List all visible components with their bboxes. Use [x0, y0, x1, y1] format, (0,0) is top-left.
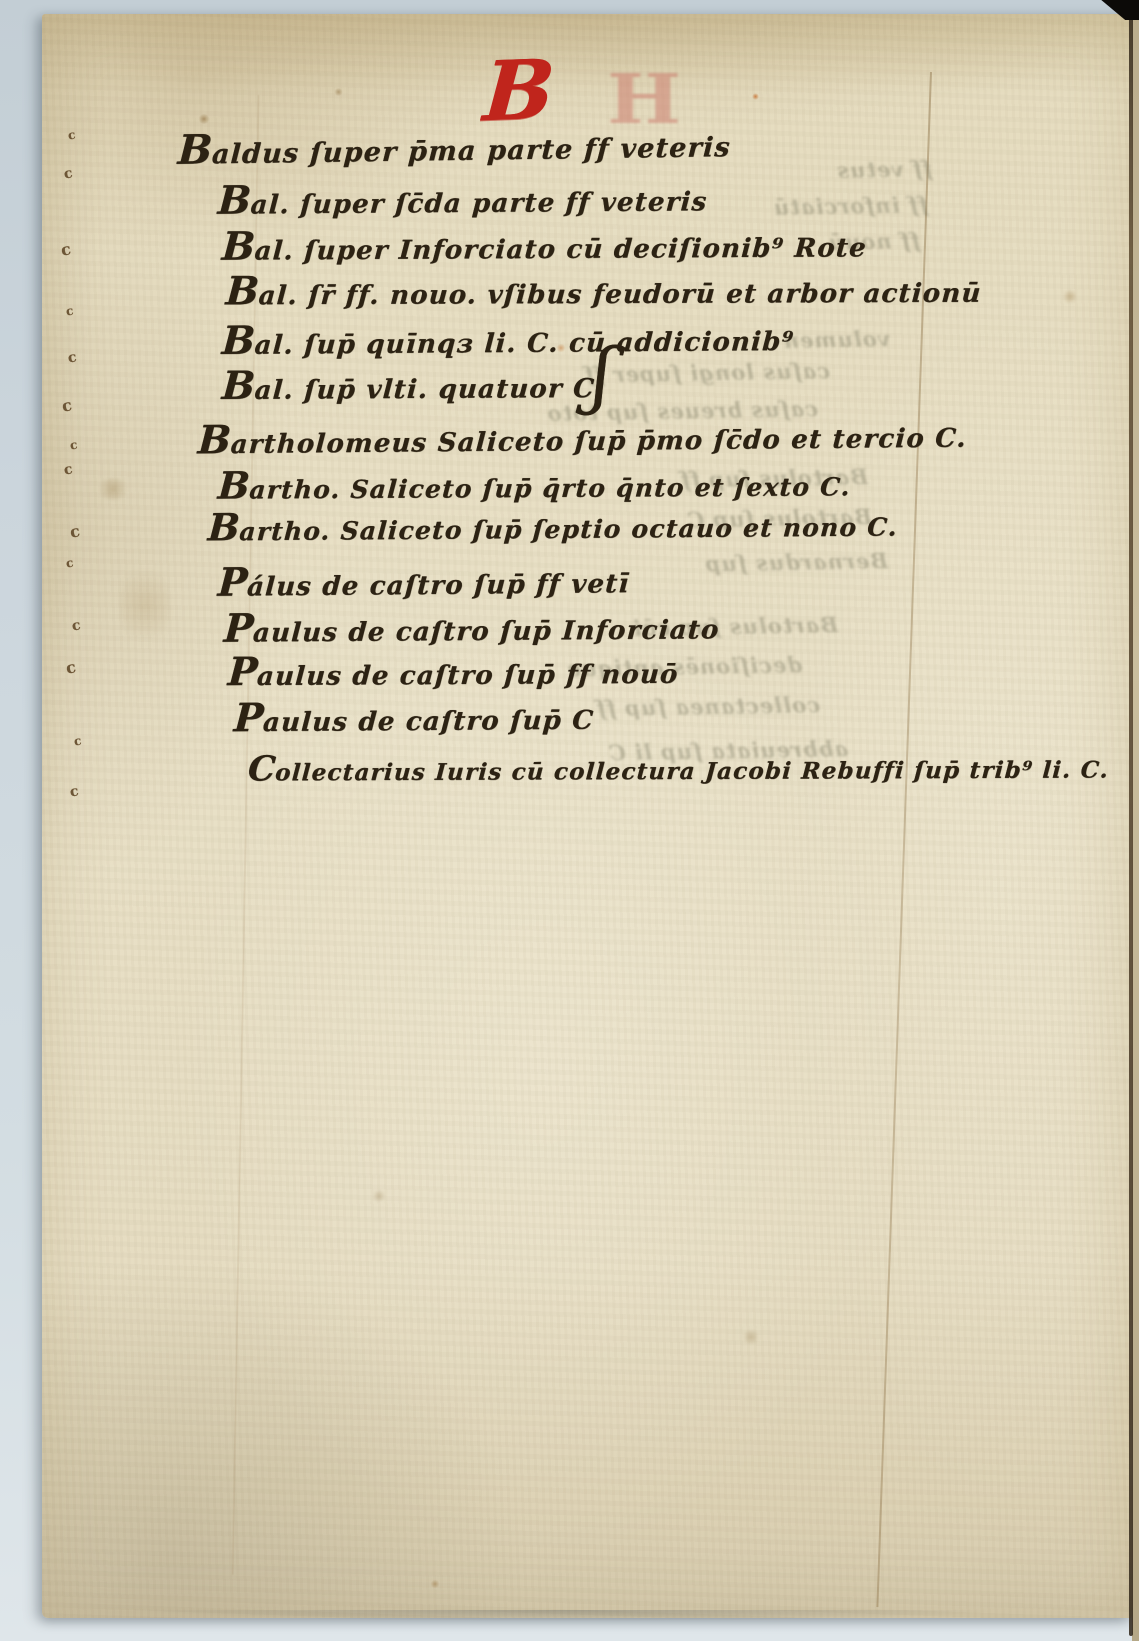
manuscript-line: Paulus de caſtro ſup̄ Inforciato	[223, 604, 722, 650]
page-bottom-shadow	[30, 1610, 1110, 1624]
manuscript-line: Bartho. Saliceto ſup̄ ſeptio octauo et n…	[207, 503, 900, 549]
manuscript-line: Paulus de caſtro ſup̄ C	[233, 695, 596, 740]
showthrough-line: ff inforciatū	[708, 192, 928, 221]
manuscript-line: Pálus de caſtro ſup̄ ff vetī	[217, 558, 631, 605]
manuscript-line: Bal. ſuper ſc̄da parte ff veteris	[217, 176, 710, 222]
binding-edge-line	[1129, 10, 1133, 1636]
showthrough-line: collectanea ſup ff	[600, 692, 820, 721]
manuscript-line: Bal. ſr̄ ff. nouo. vſibus feudorū et arb…	[225, 268, 984, 314]
binding-edge-strip	[1132, 0, 1139, 1641]
manuscript-line: Bartholomeus Saliceto ſup̄ p̄mo ſc̄do et…	[197, 413, 969, 463]
manuscript-line: Baldus ſuper p̄ma parte ff veteris	[177, 120, 733, 172]
showthrough-line: caſus longi ſuper ff	[610, 358, 830, 387]
manuscript-line: Bal. ſuper Inforciato cū deciſionib⁹ Rot…	[221, 222, 869, 268]
manuscript-line: Bal. ſup̄ quīnqз li. C. cū addicionib⁹	[221, 316, 796, 363]
showthrough-line: Bernardus ſup	[668, 548, 888, 577]
rubric-initial-b: B	[481, 49, 556, 133]
manuscript-line: Bartho. Saliceto ſup̄ q̄rto q̄nto et ſex…	[217, 462, 853, 507]
showthrough-line: ff vetus	[712, 156, 932, 185]
prick-mark: c	[63, 461, 74, 478]
scan-background: ff vetusff inforciatūff nouūvolumencaſus…	[0, 0, 1139, 1641]
prick-mark: c	[63, 165, 74, 182]
manuscript-line: Paulus de caſtro ſup̄ ff nouō	[227, 649, 681, 694]
manuscript-line: Bal. ſup̄ vlti. quatuor C.	[221, 363, 607, 408]
prick-mark: c	[67, 349, 78, 366]
prick-mark: c	[69, 783, 80, 800]
manuscript-line: Collectarius Iuris cū collectura Jacobi …	[247, 748, 1111, 789]
prick-mark: c	[71, 617, 82, 634]
